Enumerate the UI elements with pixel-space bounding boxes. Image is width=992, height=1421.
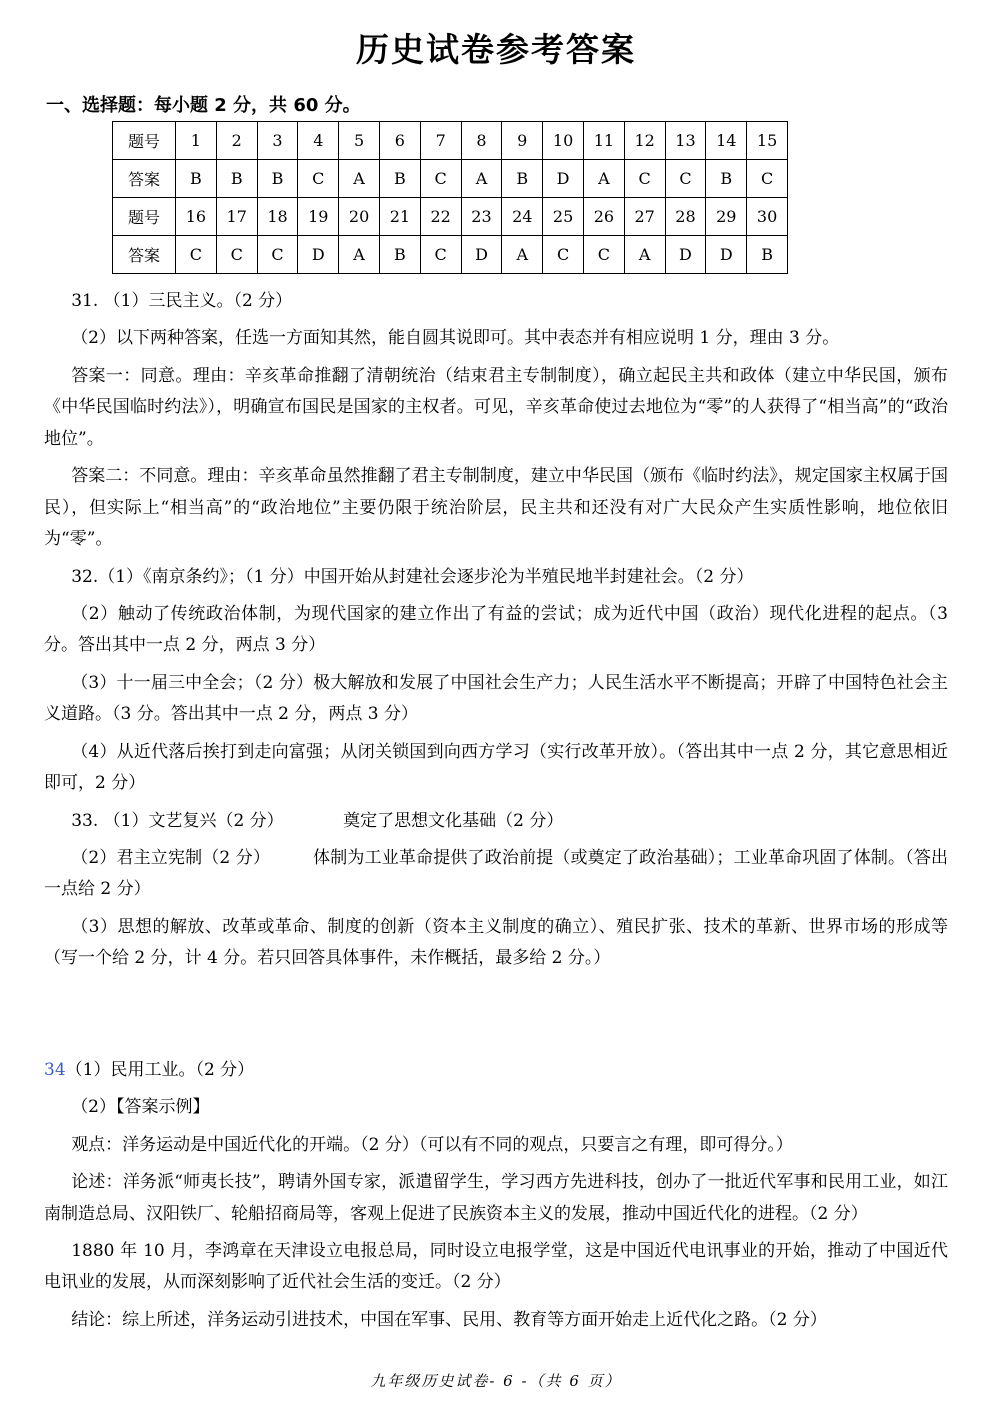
question-number-cell: 27: [624, 198, 665, 236]
answer-letter-cell: D: [706, 236, 747, 274]
answer-letter-cell: C: [543, 236, 584, 274]
answer-letter-cell: A: [502, 236, 543, 274]
question-number-cell: 2: [216, 122, 257, 160]
question-number-row: 题号161718192021222324252627282930: [113, 198, 788, 236]
question-number-cell: 7: [420, 122, 461, 160]
answer-letter-cell: C: [747, 160, 788, 198]
question-number-cell: 14: [706, 122, 747, 160]
answer-paragraph: （4）从近代落后挨打到走向富强；从闭关锁国到向西方学习（实行改革开放）。（答出其…: [44, 737, 948, 800]
answer-paragraph: （3）思想的解放、改革或革命、制度的创新（资本主义制度的确立）、殖民扩张、技术的…: [44, 912, 948, 975]
question-number-cell: 28: [665, 198, 706, 236]
answer-paragraph: （2）【答案示例】: [44, 1092, 948, 1123]
question-number-cell: 18: [257, 198, 298, 236]
answer-paragraph: （3）十一届三中全会；（2 分）极大解放和发展了中国社会生产力；人民生活水平不断…: [44, 668, 948, 731]
answer-paragraph: 33. （1）文艺复兴（2 分） 奠定了思想文化基础（2 分）: [44, 806, 948, 837]
question-number-cell: 26: [583, 198, 624, 236]
question-number-cell: 6: [379, 122, 420, 160]
question-number-cell: 23: [461, 198, 502, 236]
question-number-cell: 3: [257, 122, 298, 160]
answer-letter-cell: D: [298, 236, 339, 274]
question-number-cell: 5: [339, 122, 380, 160]
question-number-cell: 4: [298, 122, 339, 160]
answer-paragraph: 观点：洋务运动是中国近代化的开端。（2 分）（可以有不同的观点，只要言之有理，即…: [44, 1130, 948, 1161]
answer-letter-cell: D: [543, 160, 584, 198]
answer-letter-cell: A: [339, 160, 380, 198]
page-footer: 九年级历史试卷- 6 -（共 6 页）: [44, 1370, 948, 1391]
question-number-cell: 15: [747, 122, 788, 160]
answer-paragraph: 32.（1）《南京条约》；（1 分）中国开始从封建社会逐步沦为半殖民地半封建社会…: [44, 562, 948, 593]
answer-letter-cell: A: [583, 160, 624, 198]
row-label-cell: 题号: [113, 122, 176, 160]
question-number-cell: 10: [543, 122, 584, 160]
answer-letter-cell: B: [257, 160, 298, 198]
answer-letter-cell: C: [583, 236, 624, 274]
question-number-cell: 29: [706, 198, 747, 236]
row-label-cell: 答案: [113, 160, 176, 198]
answer-paragraph: （2）触动了传统政治体制，为现代国家的建立作出了有益的尝试；成为近代中国（政治）…: [44, 599, 948, 662]
answer-letter-cell: D: [461, 236, 502, 274]
answer-letter-cell: B: [502, 160, 543, 198]
answer-paragraph: （2）君主立宪制（2 分） 体制为工业革命提供了政治前提（或奠定了政治基础）；工…: [44, 843, 948, 906]
answer-letter-cell: D: [665, 236, 706, 274]
question-number-cell: 20: [339, 198, 380, 236]
answer-letter-row: 答案BBBCABCABDACCBC: [113, 160, 788, 198]
answer-letter-cell: C: [176, 236, 217, 274]
answer-letter-cell: A: [461, 160, 502, 198]
question-number-cell: 8: [461, 122, 502, 160]
question-number-cell: 22: [420, 198, 461, 236]
answer-letter-cell: C: [665, 160, 706, 198]
answer-paragraph: （2）以下两种答案，任选一方面知其然，能自圆其说即可。其中表态并有相应说明 1 …: [44, 323, 948, 354]
answer-letter-cell: C: [216, 236, 257, 274]
answer-letter-cell: C: [257, 236, 298, 274]
question-number-cell: 21: [379, 198, 420, 236]
answer-table: 题号123456789101112131415答案BBBCABCABDACCBC…: [112, 121, 788, 274]
answer-paragraph: 答案一：同意。理由：辛亥革命推翻了清朝统治（结束君主专制制度），确立起民主共和政…: [44, 361, 948, 455]
question-number-row: 题号123456789101112131415: [113, 122, 788, 160]
section-one-heading: 一、选择题：每小题 2 分，共 60 分。: [46, 91, 948, 117]
question-number-cell: 9: [502, 122, 543, 160]
answer-letter-row: 答案CCCDABCDACCADDB: [113, 236, 788, 274]
answer-letter-cell: C: [420, 160, 461, 198]
document-page: 历史试卷参考答案 一、选择题：每小题 2 分，共 60 分。 题号1234567…: [0, 0, 992, 1421]
row-label-cell: 题号: [113, 198, 176, 236]
answer-letter-cell: B: [216, 160, 257, 198]
answer-letter-cell: C: [298, 160, 339, 198]
answer-paragraph: 31. （1）三民主义。（2 分）: [44, 286, 948, 317]
answer-letter-cell: C: [420, 236, 461, 274]
answer-paragraph: 结论：综上所述，洋务运动引进技术，中国在军事、民用、教育等方面开始走上近代化之路…: [44, 1305, 948, 1336]
question-number-cell: 16: [176, 198, 217, 236]
answer-letter-cell: A: [624, 236, 665, 274]
page-title: 历史试卷参考答案: [44, 24, 948, 71]
answer-paragraph: 34（1）民用工业。（2 分）: [44, 1055, 948, 1086]
question-number-cell: 11: [583, 122, 624, 160]
row-label-cell: 答案: [113, 236, 176, 274]
question-number-cell: 12: [624, 122, 665, 160]
answer-letter-cell: B: [176, 160, 217, 198]
question-number-cell: 24: [502, 198, 543, 236]
question-number-cell: 17: [216, 198, 257, 236]
answer-paragraph: 论述：洋务派“师夷长技”，聘请外国专家，派遣留学生，学习西方先进科技，创办了一批…: [44, 1167, 948, 1230]
answer-paragraph: 1880 年 10 月，李鸿章在天津设立电报总局，同时设立电报学堂，这是中国近代…: [44, 1236, 948, 1299]
question-number-cell: 1: [176, 122, 217, 160]
question-number-cell: 25: [543, 198, 584, 236]
question-34-number: 34: [44, 1060, 66, 1080]
answer-letter-cell: B: [379, 236, 420, 274]
answer-letter-cell: B: [379, 160, 420, 198]
answer-letter-cell: B: [747, 236, 788, 274]
question-number-cell: 19: [298, 198, 339, 236]
paragraph-text: （1）民用工业。（2 分）: [66, 1060, 255, 1080]
answers-body: 31. （1）三民主义。（2 分）（2）以下两种答案，任选一方面知其然，能自圆其…: [44, 286, 948, 1336]
answer-paragraph: 答案二：不同意。理由：辛亥革命虽然推翻了君主专制制度，建立中华民国（颁布《临时约…: [44, 461, 948, 555]
answer-letter-cell: A: [339, 236, 380, 274]
answer-letter-cell: C: [624, 160, 665, 198]
question-number-cell: 13: [665, 122, 706, 160]
answer-table-body: 题号123456789101112131415答案BBBCABCABDACCBC…: [113, 122, 788, 274]
answer-letter-cell: B: [706, 160, 747, 198]
question-number-cell: 30: [747, 198, 788, 236]
